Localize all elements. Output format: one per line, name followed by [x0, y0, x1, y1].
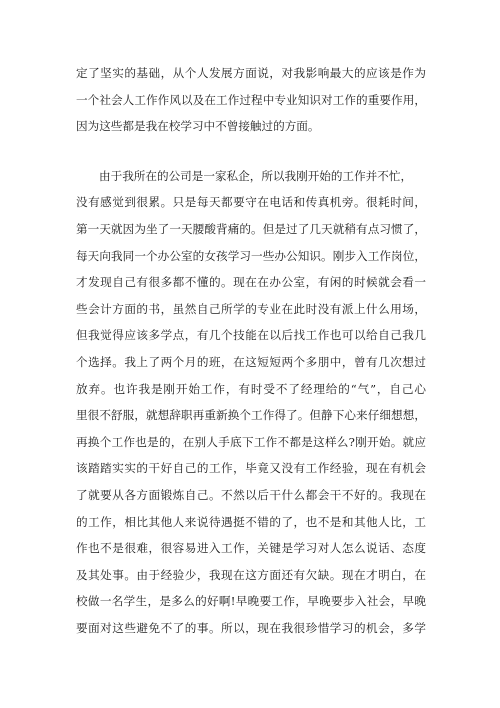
text-line: 里很不舒服，就想辞职再重新换个工作得了。但静下心来仔细想想， — [76, 402, 426, 429]
text-line: 作也不是很难，很容易进入工作，关键是学习对人怎么说话、态度 — [76, 535, 426, 562]
text-line: 才发现自己有很多都不懂的。现在在办公室，有闲的时候就会看一 — [76, 269, 426, 296]
text-line: 定了坚实的基础，从个人发展方面说，对我影响最大的应该是作为 — [76, 60, 426, 87]
text-line: 个选择。我上了两个月的班，在这短短两个多朋中，曾有几次想过 — [76, 349, 426, 376]
text-line: 因为这些都是我在校学习中不曾接触过的方面。 — [76, 113, 426, 140]
text-line: 了就要从各方面锻炼自己。不然以后干什么都会干不好的。我现在 — [76, 482, 426, 509]
paragraph-2: 由于我所在的公司是一家私企，所以我刚开始的工作并不忙， 没有感觉到很累。只是每天… — [76, 163, 426, 642]
text-line: 第一天就因为坐了一天腰酸背痛的。但是过了几天就稍有点习惯了， — [76, 216, 426, 243]
text-line: 的工作，相比其他人来说待遇挺不错的了，也不是和其他人比，工 — [76, 509, 426, 536]
text-line: 没有感觉到很累。只是每天都要守在电话和传真机旁。很耗时间， — [76, 189, 426, 216]
text-line: 要面对这些避免不了的事。所以，现在我很珍惜学习的机会，多学 — [76, 615, 426, 642]
document-page: 定了坚实的基础，从个人发展方面说，对我影响最大的应该是作为 一个社会人工作作风以… — [76, 60, 426, 641]
paragraph-1: 定了坚实的基础，从个人发展方面说，对我影响最大的应该是作为 一个社会人工作作风以… — [76, 60, 426, 140]
text-line: 再换个工作也是的，在别人手底下工作不都是这样么?刚开始。就应 — [76, 429, 426, 456]
text-line: 但我觉得应该多学点，有几个技能在以后找工作也可以给自己我几 — [76, 322, 426, 349]
text-line: 放弃。也许我是刚开始工作，有时受不了经理给的“气”，自己心 — [76, 376, 426, 403]
text-line: 一个社会人工作作风以及在工作过程中专业知识对工作的重要作用， — [76, 87, 426, 114]
text-line: 每天向我同一个办公室的女孩学习一些办公知识。刚步入工作岗位， — [76, 243, 426, 270]
text-line: 及其处事。由于经验少，我现在这方面还有欠缺。现在才明白，在 — [76, 562, 426, 589]
text-line: 校做一名学生，是多么的好啊!早晚要工作，早晚要步入社会，早晚 — [76, 588, 426, 615]
text-line: 些会计方面的书，虽然自己所学的专业在此时没有派上什么用场， — [76, 296, 426, 323]
text-line: 由于我所在的公司是一家私企，所以我刚开始的工作并不忙， — [76, 163, 426, 190]
text-line: 该踏踏实实的干好自己的工作，毕竟又没有工作经验，现在有机会 — [76, 455, 426, 482]
